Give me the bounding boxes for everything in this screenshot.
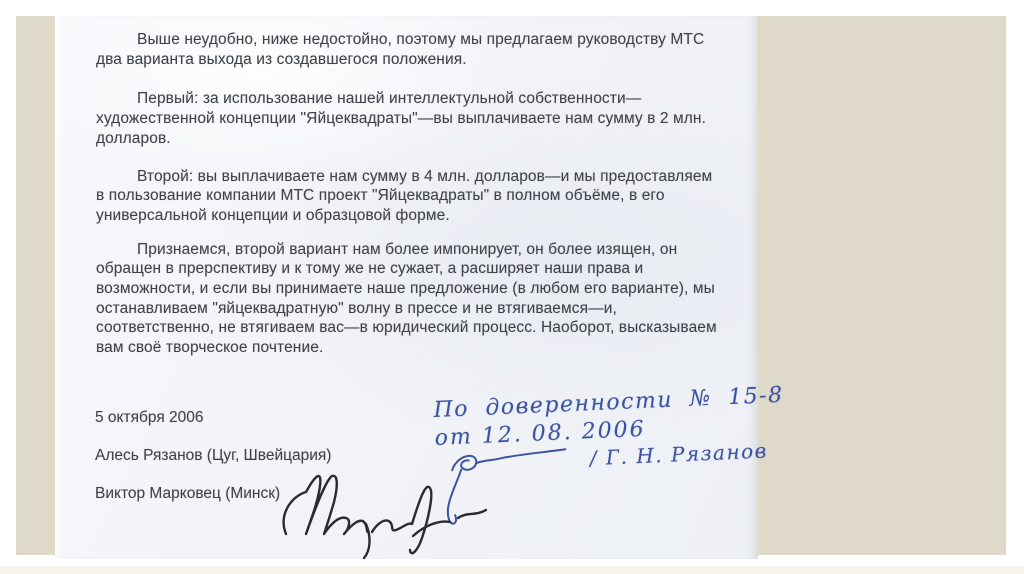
letter-body: Выше неудобно, ниже недостойно, поэтому … xyxy=(96,30,717,358)
signatory-name: Алесь Рязанов (Цуг, Швейцария) xyxy=(95,447,331,465)
letter-line: Выше неудобно, ниже недостойно, поэтому … xyxy=(96,30,717,50)
signature-scrawl xyxy=(280,468,495,560)
letter-line: универсальной концепции и образцовой фор… xyxy=(96,206,717,226)
letter-line: соответственно, не втягиваем вас—в юриди… xyxy=(96,318,717,338)
paragraph: Первый: за использование нашей интеллект… xyxy=(96,89,717,148)
paragraph: Выше неудобно, ниже недостойно, поэтому … xyxy=(96,30,717,69)
date-line: 5 октября 2006 xyxy=(95,409,204,427)
letter-line: Второй: вы выплачиваете нам сумму в 4 мл… xyxy=(96,167,717,187)
slide: Выше неудобно, ниже недостойно, поэтому … xyxy=(0,0,1024,574)
letter-line: возможности, и если вы принимаете наше п… xyxy=(96,279,717,299)
bottom-strip xyxy=(0,566,1024,574)
letter-line: в пользование компании МТС проект "Яйцек… xyxy=(96,186,717,206)
letter-line: вам своё творческое почтение. xyxy=(96,338,717,358)
letter-line: два варианта выхода из создавшегося поло… xyxy=(96,50,717,70)
letter-line: останавливаем "яйцеквадратную" волну в п… xyxy=(96,299,717,319)
letter-line: обращен в прерспективу и к тому же не су… xyxy=(96,259,717,279)
letter-line: художественной концепции "Яйцеквадраты"—… xyxy=(96,109,717,129)
handwriting-line-text: / Г. Н. Рязанов xyxy=(589,438,768,470)
letter-line: Первый: за использование нашей интеллект… xyxy=(96,89,717,109)
paragraph: Признаемся, второй вариант нам более имп… xyxy=(96,240,717,358)
letter-line: долларов. xyxy=(96,129,717,149)
letter-line: Признаемся, второй вариант нам более имп… xyxy=(96,240,717,260)
paragraph: Второй: вы выплачиваете нам сумму в 4 мл… xyxy=(96,167,717,226)
signatory-name: Виктор Марковец (Минск) xyxy=(95,485,280,503)
